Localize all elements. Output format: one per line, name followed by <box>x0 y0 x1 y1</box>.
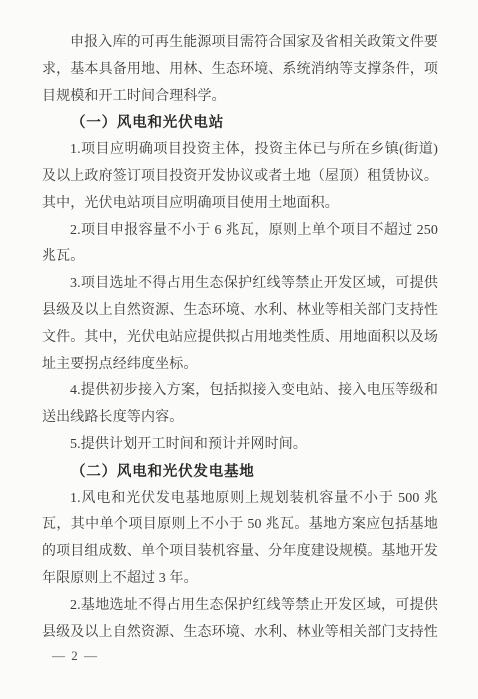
paragraph: 4.提供初步接入方案，包括拟接入变电站、接入电压等级和送出线路长度等内容。 <box>42 378 438 432</box>
paragraph: 2.项目申报容量不小于 6 兆瓦，原则上单个项目不超过 250 兆瓦。 <box>42 218 438 272</box>
paragraph: 2.基地选址不得占用生态保护红线等禁止开发区域，可提供县级及以上自然资源、生态环… <box>42 593 438 647</box>
section-heading: （一）风电和光伏电站 <box>42 110 438 137</box>
document-body: 申报入库的可再生能源项目需符合国家及省相关政策文件要求，基本具备用地、用林、生态… <box>42 30 438 646</box>
paragraph: 5.提供计划开工时间和预计并网时间。 <box>42 432 438 459</box>
paragraph: 申报入库的可再生能源项目需符合国家及省相关政策文件要求，基本具备用地、用林、生态… <box>42 30 438 110</box>
paragraph: 3.项目选址不得占用生态保护红线等禁止开发区域，可提供县级及以上自然资源、生态环… <box>42 271 438 378</box>
page-number: — 2 — <box>52 648 99 664</box>
section-heading: （二）风电和光伏发电基地 <box>42 459 438 486</box>
paragraph: 1.项目应明确项目投资主体，投资主体已与所在乡镇(街道)及以上政府签订项目投资开… <box>42 137 438 217</box>
paragraph: 1.风电和光伏发电基地原则上规划装机容量不小于 500 兆瓦，其中单个项目原则上… <box>42 486 438 593</box>
document-page: 申报入库的可再生能源项目需符合国家及省相关政策文件要求，基本具备用地、用林、生态… <box>0 0 478 699</box>
